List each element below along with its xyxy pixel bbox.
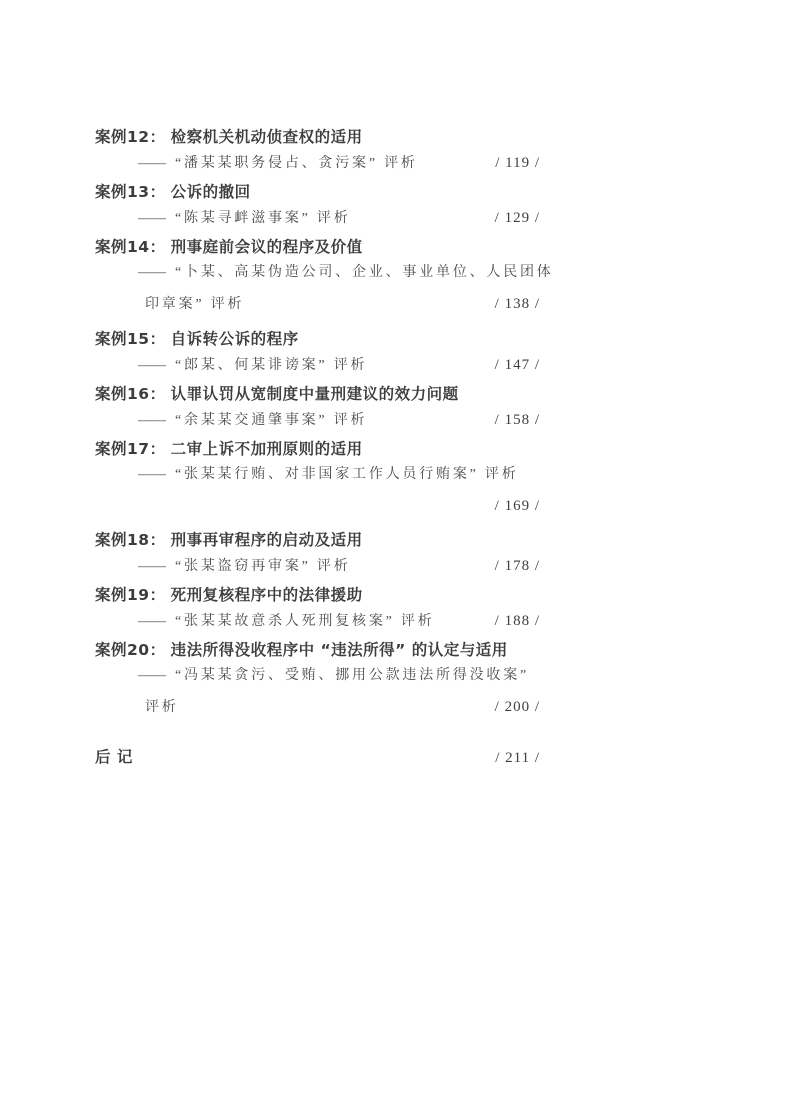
case-name-continuation: 印章案” 评析	[145, 292, 244, 318]
entry-page-number: / 129 /	[495, 205, 540, 231]
entry-title: 刑事再审程序的启动及适用	[171, 531, 363, 549]
entry-title: 认罪认罚从宽制度中量刑建议的效力问题	[171, 385, 459, 403]
entry-page-number: / 147 /	[495, 352, 540, 378]
entry-label: 案例17：	[95, 440, 166, 458]
entry-heading: 案例13：公诉的撤回	[95, 179, 540, 205]
case-name-text: “冯某某贪污、受贿、挪用公款违法所得没收案”	[175, 668, 529, 683]
entry-case-name: ——“张某某行贿、对非国家工作人员行贿案” 评析	[138, 462, 519, 488]
em-dash: ——	[138, 156, 166, 171]
entry-title: 检察机关机动侦查权的适用	[171, 128, 363, 146]
entry-case-name: ——“张某某故意杀人死刑复核案” 评析	[138, 609, 435, 635]
toc-entry-15: 案例15：自诉转公诉的程序 ——“郎某、何某诽谤案” 评析 / 147 /	[95, 326, 540, 379]
entry-page-number: / 158 /	[495, 407, 540, 433]
entry-continuation-row: 评析 / 200 /	[95, 694, 540, 721]
entry-page-number: / 138 /	[495, 291, 540, 317]
entry-title: 公诉的撤回	[171, 183, 251, 201]
toc-entry-18: 案例18：刑事再审程序的启动及适用 ——“张某盗窃再审案” 评析 / 178 /	[95, 527, 540, 580]
em-dash: ——	[138, 265, 166, 280]
entry-page-number: / 119 /	[495, 150, 540, 176]
entry-case-name: ——“郎某、何某诽谤案” 评析	[138, 353, 367, 379]
toc-entry-16: 案例16：认罪认罚从宽制度中量刑建议的效力问题 ——“余某某交通肇事案” 评析 …	[95, 381, 540, 434]
entry-continuation-row: 印章案” 评析 / 138 /	[95, 291, 540, 318]
toc-entry-14: 案例14：刑事庭前会议的程序及价值 ——“卜某、高某伪造公司、企业、事业单位、人…	[95, 234, 540, 318]
entry-page-row: / 169 /	[95, 493, 540, 519]
em-dash: ——	[138, 413, 166, 428]
case-name-text: “余某某交通肇事案” 评析	[175, 413, 367, 428]
case-name-text: “陈某寻衅滋事案” 评析	[175, 211, 351, 226]
entry-title: 违法所得没收程序中 “违法所得” 的认定与适用	[171, 641, 508, 659]
entry-case-row: ——“冯某某贪污、受贿、挪用公款违法所得没收案”	[95, 663, 540, 689]
toc-entry-12: 案例12：检察机关机动侦查权的适用 ——“潘某某职务侵占、贪污案” 评析 / 1…	[95, 124, 540, 177]
entry-case-row: ——“张某盗窃再审案” 评析 / 178 /	[95, 553, 540, 580]
entry-heading: 案例20：违法所得没收程序中 “违法所得” 的认定与适用	[95, 637, 540, 663]
entry-case-row: ——“潘某某职务侵占、贪污案” 评析 / 119 /	[95, 150, 540, 177]
entry-label: 案例14：	[95, 238, 166, 256]
entry-label: 案例20：	[95, 641, 166, 659]
toc-entry-17: 案例17：二审上诉不加刑原则的适用 ——“张某某行贿、对非国家工作人员行贿案” …	[95, 436, 540, 519]
entry-label: 案例19：	[95, 586, 166, 604]
case-name-text: “潘某某职务侵占、贪污案” 评析	[175, 156, 418, 171]
entry-page-number: / 200 /	[495, 694, 540, 720]
backmatter-page-number: / 211 /	[495, 745, 540, 771]
em-dash: ——	[138, 614, 166, 629]
entry-heading: 案例16：认罪认罚从宽制度中量刑建议的效力问题	[95, 381, 540, 407]
em-dash: ——	[138, 668, 166, 683]
toc-entry-19: 案例19：死刑复核程序中的法律援助 ——“张某某故意杀人死刑复核案” 评析 / …	[95, 582, 540, 635]
case-name-text: “张某盗窃再审案” 评析	[175, 559, 351, 574]
backmatter-row: 后 记 / 211 /	[95, 744, 540, 771]
entry-title: 自诉转公诉的程序	[171, 330, 299, 348]
case-name-continuation: 评析	[145, 695, 179, 721]
entry-title: 死刑复核程序中的法律援助	[171, 586, 363, 604]
entry-case-name: ——“张某盗窃再审案” 评析	[138, 554, 351, 580]
entry-title: 二审上诉不加刑原则的适用	[171, 440, 363, 458]
em-dash: ——	[138, 358, 166, 373]
toc-page: 案例12：检察机关机动侦查权的适用 ——“潘某某职务侵占、贪污案” 评析 / 1…	[95, 124, 540, 771]
em-dash: ——	[138, 467, 166, 482]
entry-page-number: / 169 /	[495, 493, 540, 519]
toc-entry-20: 案例20：违法所得没收程序中 “违法所得” 的认定与适用 ——“冯某某贪污、受贿…	[95, 637, 540, 721]
entry-label: 案例12：	[95, 128, 166, 146]
entry-label: 案例15：	[95, 330, 166, 348]
em-dash: ——	[138, 211, 166, 226]
entry-heading: 案例12：检察机关机动侦查权的适用	[95, 124, 540, 150]
entry-page-number: / 178 /	[495, 553, 540, 579]
entry-heading: 案例14：刑事庭前会议的程序及价值	[95, 234, 540, 260]
entry-page-number: / 188 /	[495, 608, 540, 634]
entry-case-name: ——“陈某寻衅滋事案” 评析	[138, 206, 351, 232]
entry-case-name: ——“冯某某贪污、受贿、挪用公款违法所得没收案”	[138, 663, 529, 689]
entry-label: 案例16：	[95, 385, 166, 403]
entry-label: 案例13：	[95, 183, 166, 201]
entry-case-row: ——“张某某故意杀人死刑复核案” 评析 / 188 /	[95, 608, 540, 635]
case-name-text: “张某某行贿、对非国家工作人员行贿案” 评析	[175, 467, 519, 482]
entry-label: 案例18：	[95, 531, 166, 549]
entry-case-name: ——“卜某、高某伪造公司、企业、事业单位、人民团体	[138, 260, 554, 286]
entry-case-row: ——“卜某、高某伪造公司、企业、事业单位、人民团体	[95, 260, 540, 286]
case-name-text: “张某某故意杀人死刑复核案” 评析	[175, 614, 435, 629]
case-name-text: “卜某、高某伪造公司、企业、事业单位、人民团体	[175, 265, 554, 280]
toc-entry-13: 案例13：公诉的撤回 ——“陈某寻衅滋事案” 评析 / 129 /	[95, 179, 540, 232]
entry-case-name: ——“余某某交通肇事案” 评析	[138, 408, 367, 434]
entry-case-row: ——“张某某行贿、对非国家工作人员行贿案” 评析	[95, 462, 540, 488]
entry-heading: 案例17：二审上诉不加刑原则的适用	[95, 436, 540, 462]
entry-case-row: ——“陈某寻衅滋事案” 评析 / 129 /	[95, 205, 540, 232]
case-name-text: “郎某、何某诽谤案” 评析	[175, 358, 367, 373]
entry-case-name: ——“潘某某职务侵占、贪污案” 评析	[138, 151, 418, 177]
backmatter-label: 后 记	[95, 744, 133, 770]
entry-case-row: ——“余某某交通肇事案” 评析 / 158 /	[95, 407, 540, 434]
em-dash: ——	[138, 559, 166, 574]
entry-case-row: ——“郎某、何某诽谤案” 评析 / 147 /	[95, 352, 540, 379]
entry-heading: 案例19：死刑复核程序中的法律援助	[95, 582, 540, 608]
entry-heading: 案例18：刑事再审程序的启动及适用	[95, 527, 540, 553]
entry-heading: 案例15：自诉转公诉的程序	[95, 326, 540, 352]
entry-title: 刑事庭前会议的程序及价值	[171, 238, 363, 256]
